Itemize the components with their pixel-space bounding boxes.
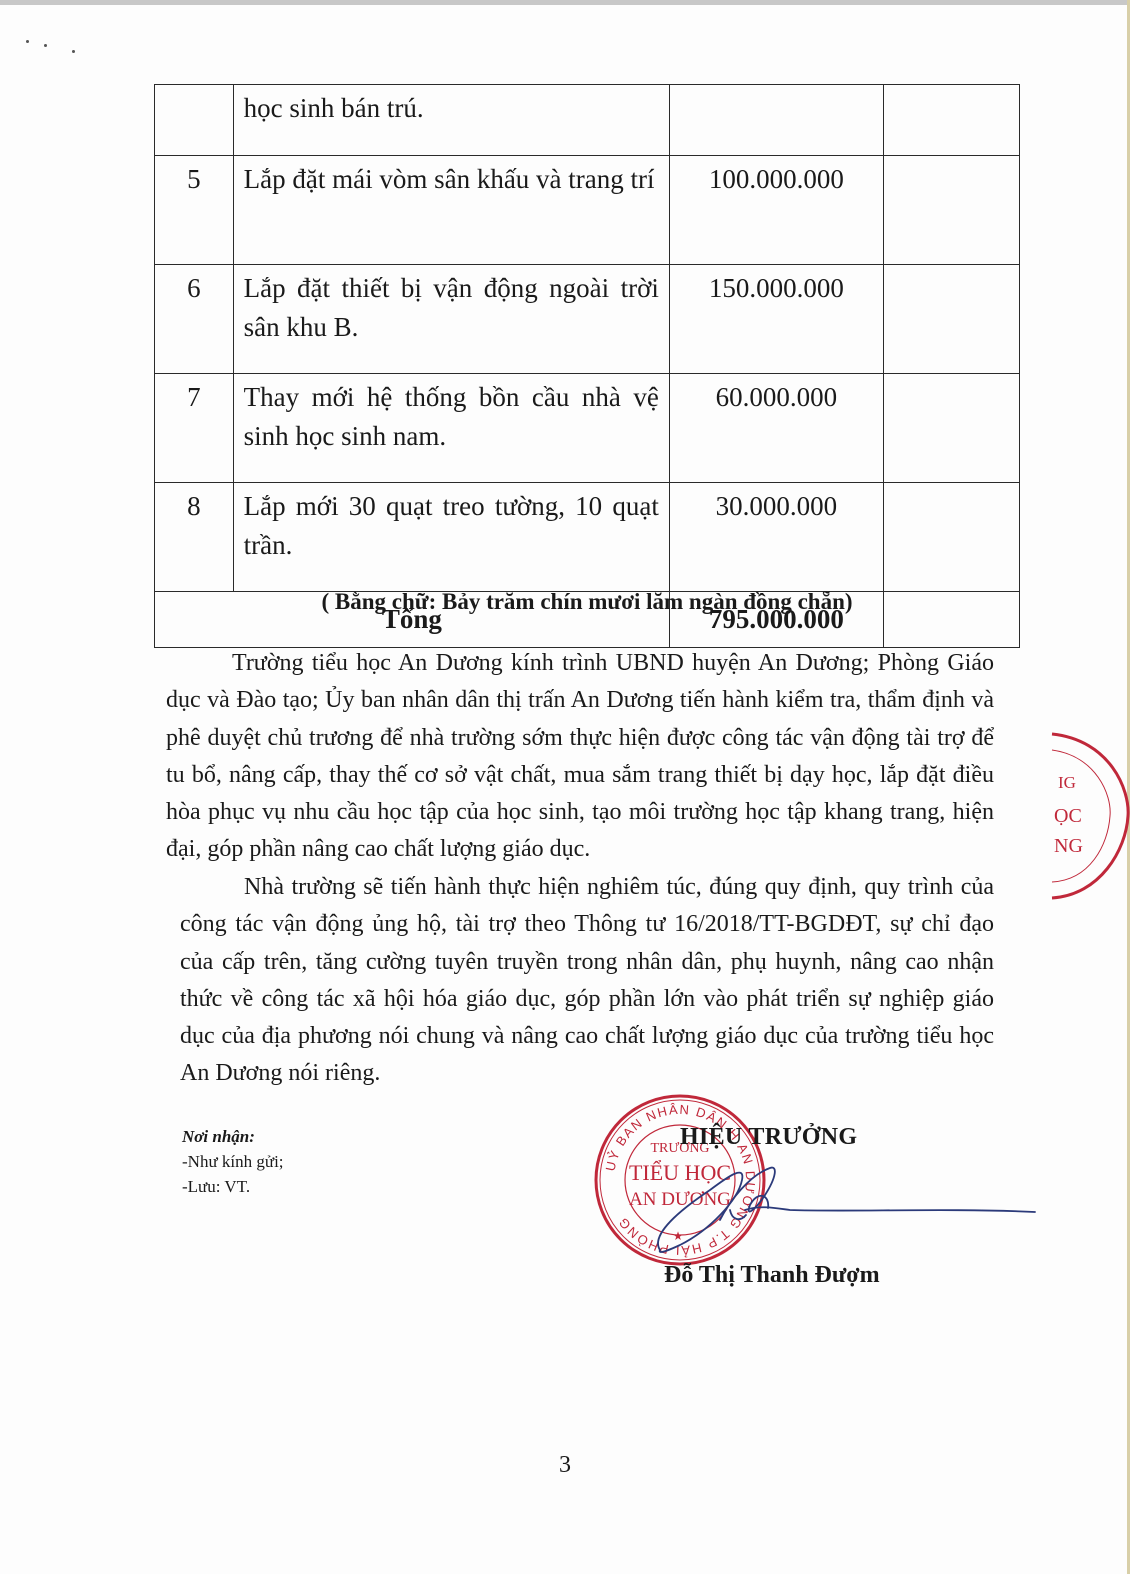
- cell-amount: 150.000.000: [669, 265, 883, 374]
- cell-no: 8: [155, 483, 234, 592]
- signature-title: HIỆU TRƯỞNG: [680, 1124, 857, 1151]
- cell-no: [155, 85, 234, 156]
- cell-description: Lắp đặt thiết bị vận động ngoài trời sân…: [233, 265, 669, 374]
- table-row: học sinh bán trú.: [155, 85, 1020, 156]
- table-row: 5 Lắp đặt mái vòm sân khấu và trang trí …: [155, 156, 1020, 265]
- body-paragraph: Trường tiểu học An Dương kính trình UBND…: [166, 645, 994, 869]
- cell-no: 7: [155, 374, 234, 483]
- cell-description: Lắp đặt mái vòm sân khấu và trang trí: [233, 156, 669, 265]
- cell-amount: 30.000.000: [669, 483, 883, 592]
- table-row: 7 Thay mới hệ thống bồn cầu nhà vệ sinh …: [155, 374, 1020, 483]
- cell-no: 6: [155, 265, 234, 374]
- table-row: 8 Lắp mới 30 quạt treo tường, 10 quạt tr…: [155, 483, 1020, 592]
- cell-description: Lắp mới 30 quạt treo tường, 10 quạt trần…: [233, 483, 669, 592]
- cell-note: [883, 85, 1019, 156]
- svg-text:IG: IG: [1058, 773, 1076, 792]
- recipients-title: Nơi nhận:: [182, 1124, 284, 1149]
- cell-note: [883, 265, 1019, 374]
- table-row: 6 Lắp đặt thiết bị vận động ngoài trời s…: [155, 265, 1020, 374]
- partial-stamp-icon: IG ỌC NG: [1050, 720, 1130, 910]
- recipient-item: -Như kính gửi;: [182, 1149, 284, 1174]
- cell-amount: 100.000.000: [669, 156, 883, 265]
- scan-top-border: [0, 0, 1130, 5]
- cell-amount: 60.000.000: [669, 374, 883, 483]
- page-number: 3: [0, 1452, 1130, 1479]
- scan-speck: [26, 40, 29, 43]
- signer-name: Đỗ Thị Thanh Đượm: [664, 1262, 880, 1289]
- cell-amount: [669, 85, 883, 156]
- cell-description: học sinh bán trú.: [233, 85, 669, 156]
- svg-text:ỌC: ỌC: [1054, 805, 1082, 827]
- cell-note: [883, 156, 1019, 265]
- cell-note: [883, 483, 1019, 592]
- budget-table: học sinh bán trú. 5 Lắp đặt mái vòm sân …: [154, 84, 1020, 648]
- cell-no: 5: [155, 156, 234, 265]
- scan-speck: [72, 50, 75, 53]
- handwritten-signature-icon: [650, 1150, 1050, 1260]
- scan-speck: [44, 44, 47, 47]
- cell-note: [883, 374, 1019, 483]
- svg-text:NG: NG: [1054, 835, 1083, 857]
- body-paragraph: Nhà trường sẽ tiến hành thực hiện nghiêm…: [180, 869, 994, 1093]
- amount-in-words: ( Bằng chữ: Bảy trăm chín mươi lăm ngàn …: [154, 589, 1020, 615]
- cell-description: Thay mới hệ thống bồn cầu nhà vệ sinh họ…: [233, 374, 669, 483]
- recipient-item: -Lưu: VT.: [182, 1174, 284, 1199]
- recipients-block: Nơi nhận: -Như kính gửi; -Lưu: VT.: [182, 1124, 284, 1199]
